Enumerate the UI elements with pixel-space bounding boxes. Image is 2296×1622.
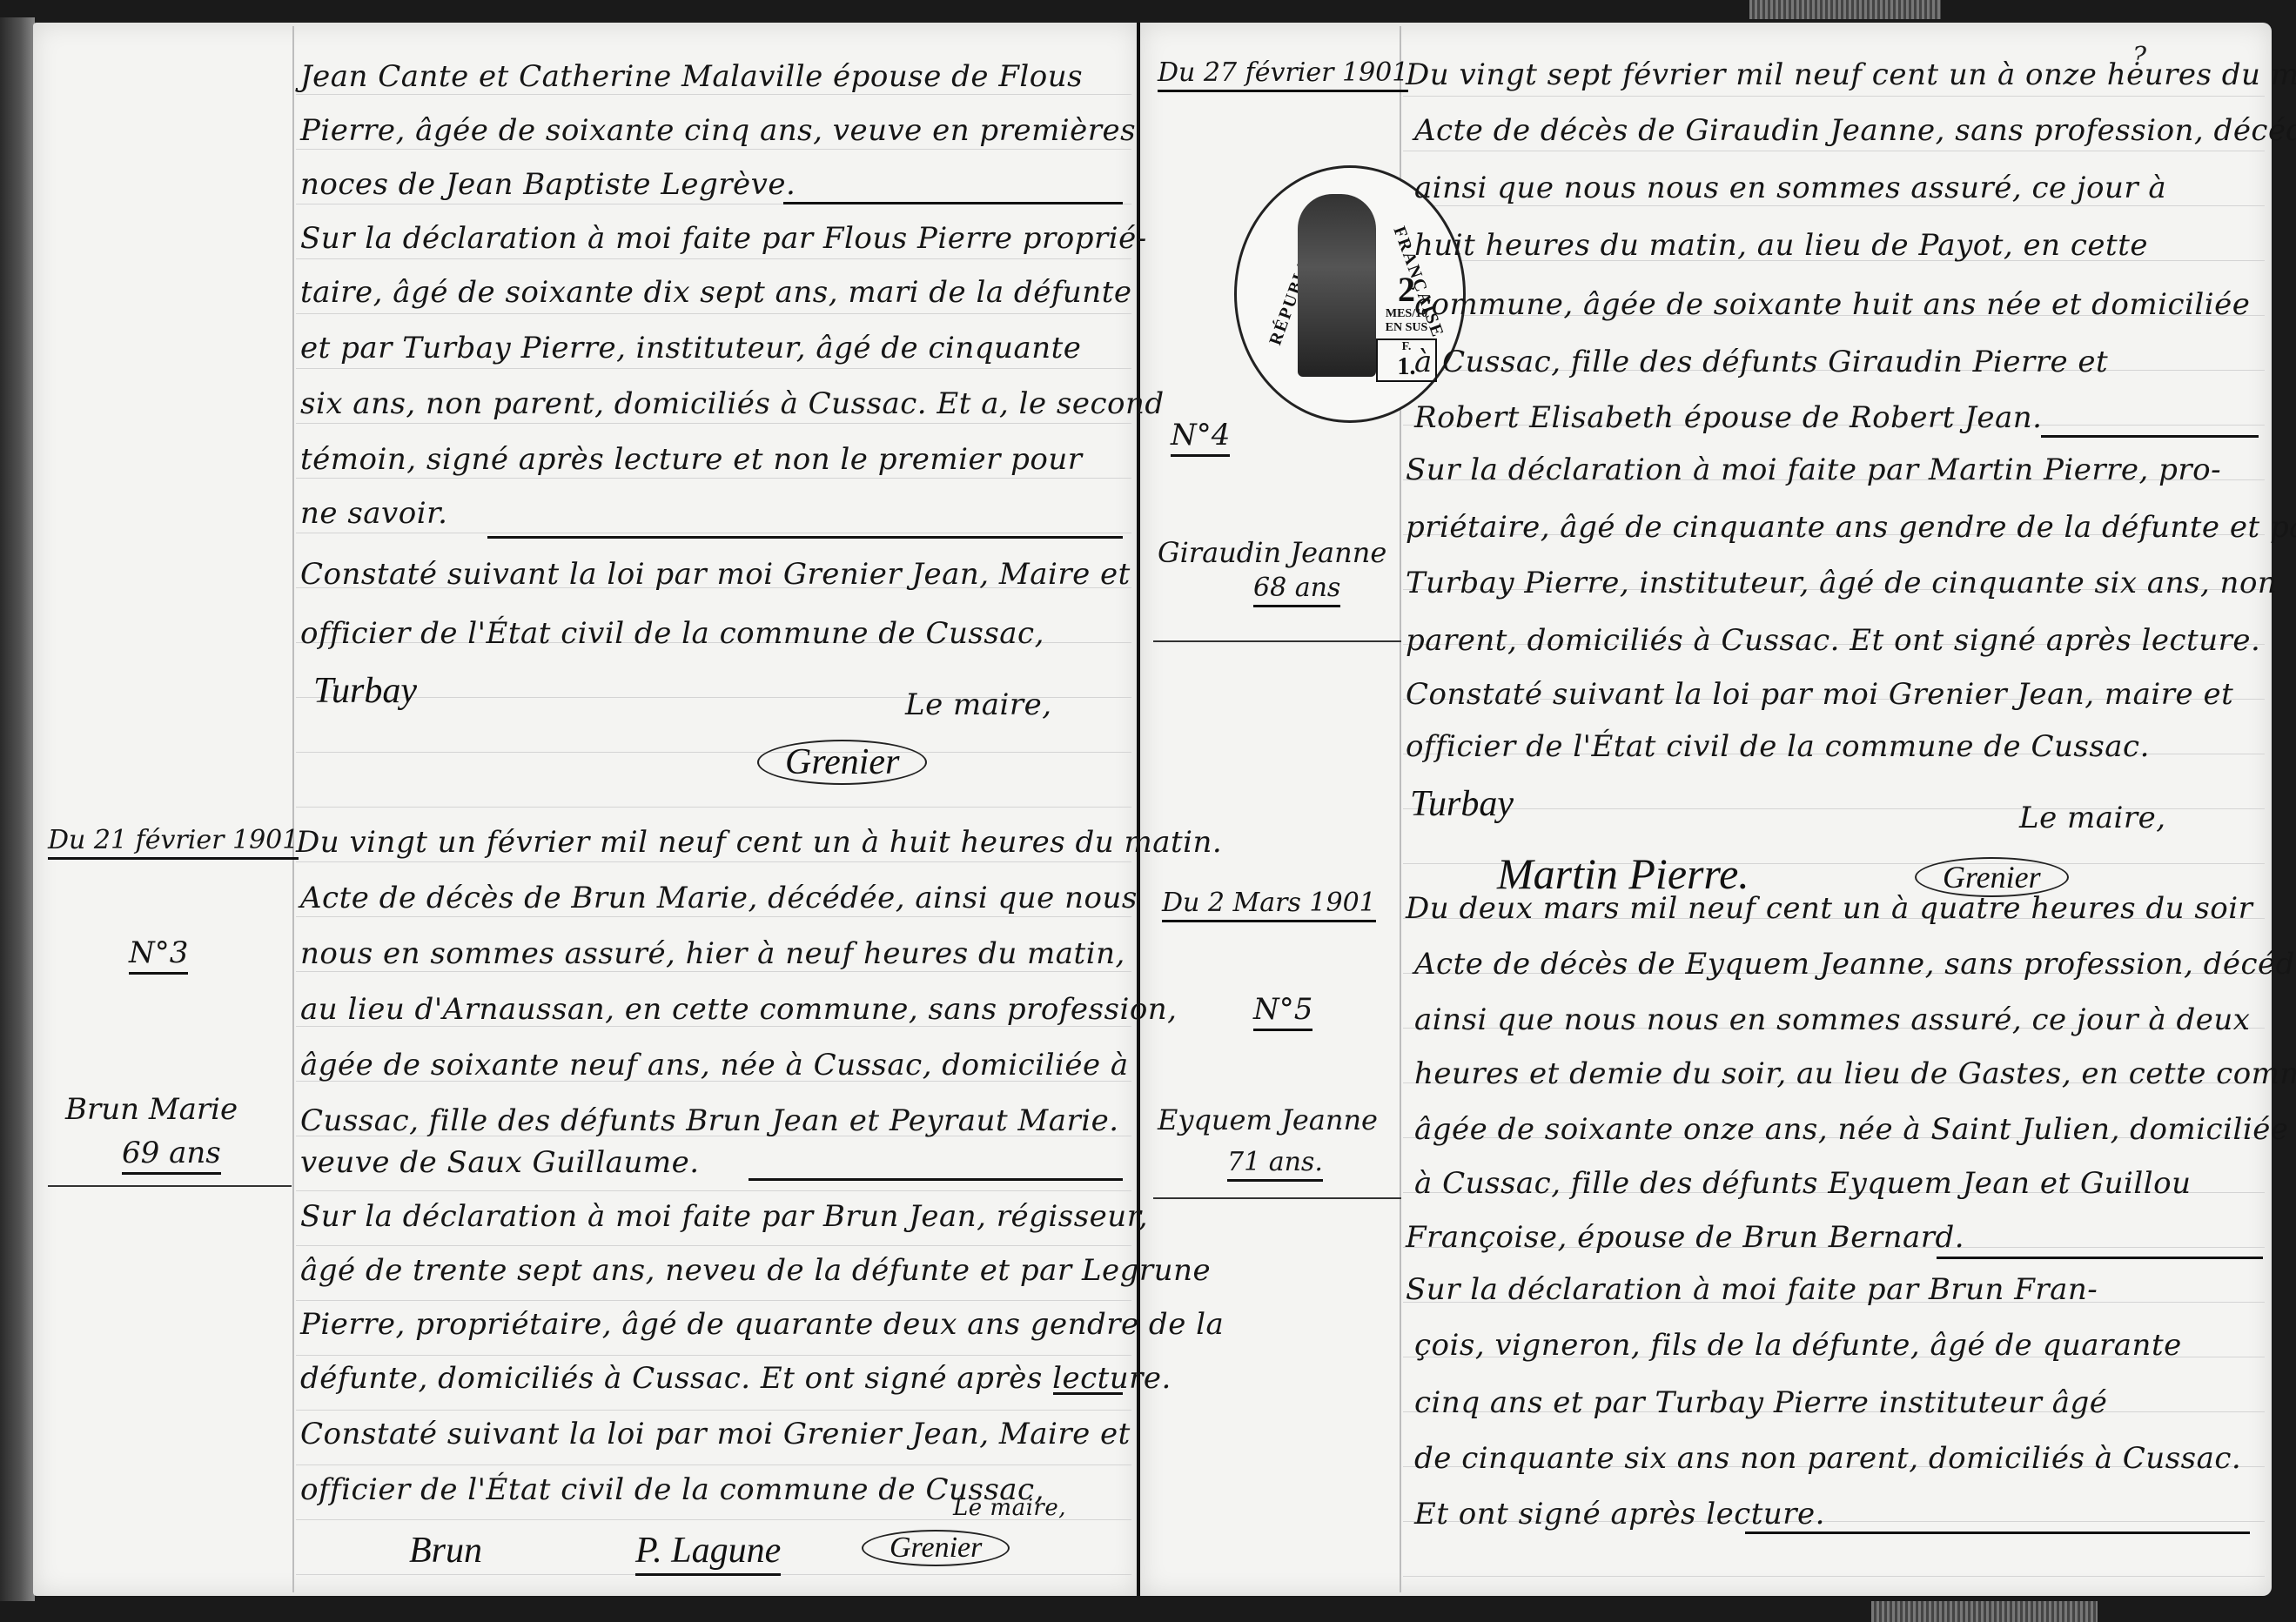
text-line: à Cussac, fille des défunts Eyquem Jean … xyxy=(1414,1166,2192,1201)
ruled-line xyxy=(296,478,1131,479)
binding-ribbon-bottom xyxy=(1871,1601,2098,1622)
record-separator xyxy=(48,1185,292,1187)
text-line: officier de l'État civil de la commune d… xyxy=(1406,729,2150,764)
record-date: Du 21 février 1901 xyxy=(48,825,299,860)
text-line: priétaire, âgé de cinquante ans gendre d… xyxy=(1406,510,2296,545)
ruled-line xyxy=(296,807,1131,808)
record-number: N°5 xyxy=(1253,992,1312,1031)
signature-declarant-2: P. Lagune xyxy=(635,1530,781,1576)
record-separator xyxy=(1153,1197,1401,1199)
text-line: officier de l'État civil de la commune d… xyxy=(300,1472,1044,1507)
text-line: Et ont signé après lecture. xyxy=(1414,1497,1825,1532)
text-line: Jean Cante et Catherine Malaville épouse… xyxy=(300,59,1083,94)
binding-ribbon-top xyxy=(1749,0,1941,19)
ruled-line xyxy=(1403,151,2265,151)
text-line: veuve de Saux Guillaume. xyxy=(300,1145,700,1180)
text-line: parent, domiciliés à Cussac. Et ont sign… xyxy=(1406,623,2260,658)
ruled-line xyxy=(296,533,1131,533)
text-line: témoin, signé après lecture et non le pr… xyxy=(300,442,1083,477)
text-line: heures et demie du soir, au lieu de Gast… xyxy=(1414,1056,2296,1091)
signature-mayor: Grenier xyxy=(862,1530,1010,1566)
text-line: Françoise, épouse de Brun Bernard. xyxy=(1406,1220,1964,1255)
text-line: commune, âgée de soixante huit ans née e… xyxy=(1414,287,2250,322)
text-line: huit heures du matin, au lieu de Payot, … xyxy=(1414,228,2148,263)
signature-mayor: Grenier xyxy=(757,740,927,785)
text-line: et par Turbay Pierre, instituteur, âgé d… xyxy=(300,331,1081,365)
book-cover-edge xyxy=(0,17,35,1601)
text-line: ne savoir. xyxy=(300,496,447,531)
text-line: de cinquante six ans non parent, domicil… xyxy=(1414,1441,2241,1476)
text-line: Acte de décès de Brun Marie, décédée, ai… xyxy=(300,881,1138,915)
line-filler xyxy=(487,536,1123,539)
signature-witness: Turbay xyxy=(1410,783,1514,825)
ruled-line xyxy=(296,916,1131,917)
text-line: Cussac, fille des défunts Brun Jean et P… xyxy=(300,1103,1119,1138)
record-separator xyxy=(1153,640,1401,642)
ruled-line xyxy=(296,1300,1131,1301)
text-line: âgée de soixante onze ans, née à Saint J… xyxy=(1414,1112,2288,1147)
ruled-line xyxy=(296,1464,1131,1465)
text-line: Sur la déclaration à moi faite par Flous… xyxy=(300,221,1147,256)
deceased-name: Brun Marie xyxy=(65,1092,238,1127)
text-line: çois, vigneron, fils de la défunte, âgé … xyxy=(1414,1328,2182,1363)
text-line: Acte de décès de Eyquem Jeanne, sans pro… xyxy=(1414,947,2296,982)
text-line: nous en sommes assuré, hier à neuf heure… xyxy=(300,936,1125,971)
ruled-line xyxy=(296,971,1131,972)
text-line: Robert Elisabeth épouse de Robert Jean. xyxy=(1414,400,2042,435)
text-line: Constaté suivant la loi par moi Grenier … xyxy=(300,1417,1131,1451)
text-line: ainsi que nous nous en sommes assuré, ce… xyxy=(1414,1002,2250,1037)
ruled-line xyxy=(296,368,1131,369)
text-line: Constaté suivant la loi par moi Grenier … xyxy=(1406,677,2233,712)
ruled-line xyxy=(1403,205,2265,206)
ruled-line xyxy=(1403,96,2265,97)
text-line: Constaté suivant la loi par moi Grenier … xyxy=(300,557,1131,592)
text-line: cinq ans et par Turbay Pierre instituteu… xyxy=(1414,1385,2107,1420)
text-line: Sur la déclaration à moi faite par Brun … xyxy=(300,1199,1148,1234)
stamp-value-en-sus: EN SUS xyxy=(1376,321,1437,335)
text-line: âgé de trente sept ans, neveu de la défu… xyxy=(300,1253,1211,1288)
ruled-line xyxy=(296,149,1131,150)
ruled-line xyxy=(296,1410,1131,1411)
text-line: Turbay Pierre, instituteur, âgé de cinqu… xyxy=(1406,566,2277,600)
marianne-figure-icon xyxy=(1298,194,1376,377)
ruled-line xyxy=(296,1190,1131,1191)
record-date: Du 2 Mars 1901 xyxy=(1162,888,1376,922)
text-line: âgée de soixante neuf ans, née à Cussac,… xyxy=(300,1048,1129,1082)
mayor-title: Le maire, xyxy=(905,687,1052,722)
line-filler xyxy=(1053,1392,1123,1395)
line-filler xyxy=(1745,1532,2250,1534)
record-number: N°4 xyxy=(1171,418,1230,457)
text-line: Acte de décès de Giraudin Jeanne, sans p… xyxy=(1414,113,2296,148)
ruled-line xyxy=(296,313,1131,314)
ruled-line xyxy=(296,423,1131,424)
deceased-name: Eyquem Jeanne xyxy=(1158,1103,1378,1136)
ruled-line xyxy=(296,258,1131,259)
text-line: Du vingt sept février mil neuf cent un à… xyxy=(1406,57,2296,92)
text-line: Du vingt un février mil neuf cent un à h… xyxy=(296,825,1222,860)
text-line: Pierre, propriétaire, âgé de quarante de… xyxy=(300,1307,1224,1342)
text-line: taire, âgé de soixante dix sept ans, mar… xyxy=(300,275,1131,310)
line-filler xyxy=(2041,435,2259,438)
deceased-age: 68 ans xyxy=(1253,573,1340,607)
ruled-line xyxy=(296,1355,1131,1356)
text-line: Sur la déclaration à moi faite par Brun … xyxy=(1406,1272,2098,1307)
signature-witness: Turbay xyxy=(313,670,417,712)
ruled-line xyxy=(296,861,1131,862)
record-date: Du 27 février 1901 xyxy=(1158,57,1408,92)
text-line: noces de Jean Baptiste Legrève. xyxy=(300,167,796,202)
ruled-line xyxy=(1403,1576,2265,1577)
text-line: Sur la déclaration à moi faite par Marti… xyxy=(1406,452,2221,487)
mayor-title: Le maire, xyxy=(953,1495,1066,1521)
text-line: officier de l'État civil de la commune d… xyxy=(300,616,1044,651)
text-line: six ans, non parent, domiciliés à Cussac… xyxy=(300,386,1165,421)
text-line: Pierre, âgée de soixante cinq ans, veuve… xyxy=(300,113,1136,148)
ruled-line xyxy=(296,94,1131,95)
record-number: N°3 xyxy=(129,935,188,975)
mayor-title: Le maire, xyxy=(2019,801,2166,835)
deceased-age: 69 ans xyxy=(122,1136,221,1175)
text-line: à Cussac, fille des défunts Giraudin Pie… xyxy=(1414,345,2108,379)
deceased-name: Giraudin Jeanne xyxy=(1158,536,1386,569)
signature-declarant-1: Brun xyxy=(409,1530,482,1572)
ruled-line xyxy=(296,752,1131,753)
deceased-age: 71 ans. xyxy=(1227,1147,1323,1182)
text-line: ainsi que nous nous en sommes assuré, ce… xyxy=(1414,171,2166,205)
text-line: Du deux mars mil neuf cent un à quatre h… xyxy=(1406,891,2252,926)
ruled-line xyxy=(296,1245,1131,1246)
line-filler xyxy=(783,202,1123,204)
line-filler xyxy=(1937,1257,2263,1259)
text-line: défunte, domiciliés à Cussac. Et ont sig… xyxy=(300,1361,1171,1396)
line-filler xyxy=(749,1178,1123,1181)
left-margin-rule xyxy=(292,26,294,1592)
text-line: au lieu d'Arnaussan, en cette commune, s… xyxy=(300,992,1178,1027)
